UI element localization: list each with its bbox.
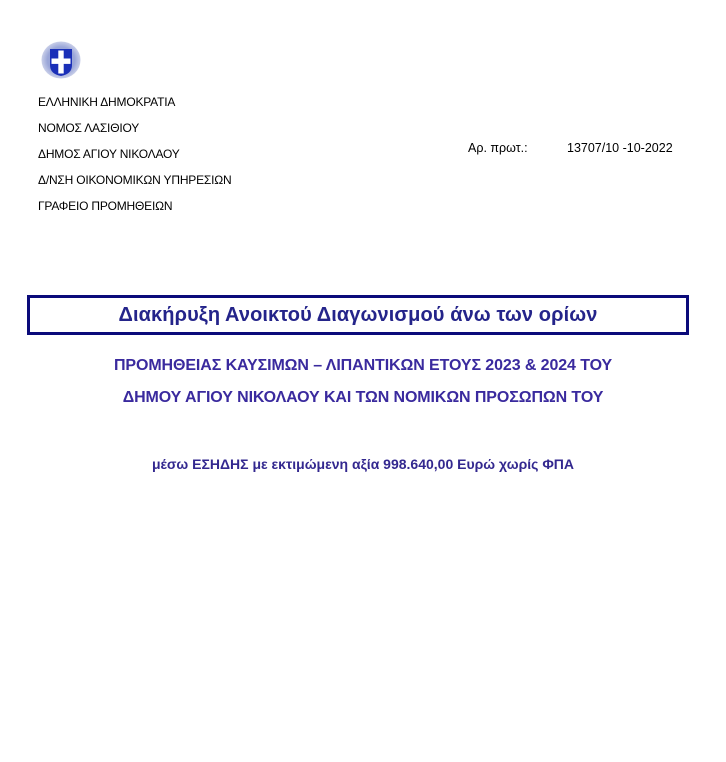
document-title-box: Διακήρυξη Ανοικτού Διαγωνισμού άνω των ο… bbox=[27, 295, 689, 335]
greek-coat-of-arms-icon bbox=[41, 41, 81, 79]
issuer-header: ΕΛΛΗΝΙΚΗ ΔΗΜΟΚΡΑΤΙΑ ΝΟΜΟΣ ΛΑΣΙΘΙΟΥ ΔΗΜΟΣ… bbox=[38, 89, 232, 219]
header-line-prefecture: ΝΟΜΟΣ ΛΑΣΙΘΙΟΥ bbox=[38, 115, 232, 141]
protocol-number-value: 13707/10 -10-2022 bbox=[567, 141, 673, 155]
subject-line-1: ΠΡΟΜΗΘΕΙΑΣ ΚΑΥΣΙΜΩΝ – ΛΙΠΑΝΤΙΚΩΝ ΕΤΟΥΣ 2… bbox=[0, 357, 726, 375]
header-line-country: ΕΛΛΗΝΙΚΗ ΔΗΜΟΚΡΑΤΙΑ bbox=[38, 89, 232, 115]
subject-line-2: ΔΗΜΟΥ ΑΓΙΟΥ ΝΙΚΟΛΑΟΥ ΚΑΙ ΤΩΝ ΝΟΜΙΚΩΝ ΠΡΟ… bbox=[0, 389, 726, 407]
protocol-number-label: Αρ. πρωτ.: bbox=[468, 141, 528, 155]
estimated-value-line: μέσω ΕΣΗΔΗΣ με εκτιμώμενη αξία 998.640,0… bbox=[0, 456, 726, 472]
document-title: Διακήρυξη Ανοικτού Διαγωνισμού άνω των ο… bbox=[119, 304, 598, 327]
header-line-directorate: Δ/ΝΣΗ ΟΙΚΟΝΟΜΙΚΩΝ ΥΠΗΡΕΣΙΩΝ bbox=[38, 167, 232, 193]
header-line-municipality: ΔΗΜΟΣ ΑΓΙΟΥ ΝΙΚΟΛΑΟΥ bbox=[38, 141, 232, 167]
header-line-office: ΓΡΑΦΕΙΟ ΠΡΟΜΗΘΕΙΩΝ bbox=[38, 193, 232, 219]
